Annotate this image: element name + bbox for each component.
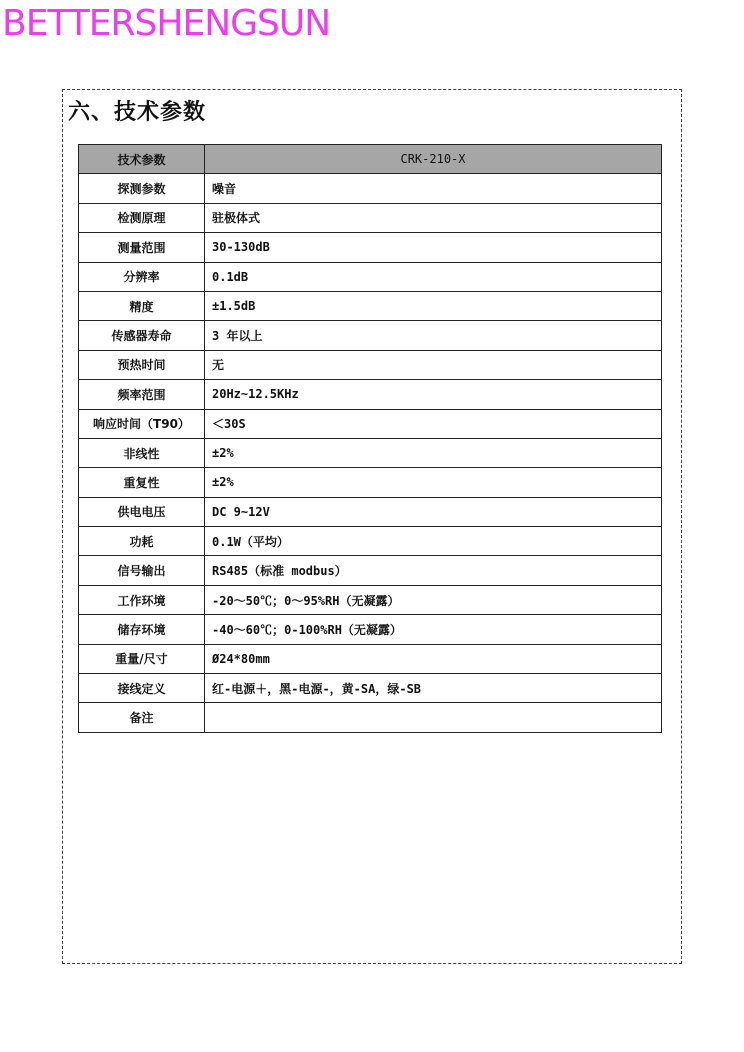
table-row: 备注 xyxy=(79,703,662,732)
row-value xyxy=(205,703,662,732)
row-value: Ø24*80mm xyxy=(205,644,662,673)
table-row: 供电电压 DC 9~12V xyxy=(79,497,662,526)
table-row: 传感器寿命 3 年以上 xyxy=(79,321,662,350)
row-value: 无 xyxy=(205,350,662,379)
row-key: 精度 xyxy=(79,291,205,320)
row-value: 30-130dB xyxy=(205,233,662,262)
table-row: 探测参数 噪音 xyxy=(79,174,662,203)
row-key: 响应时间（T90） xyxy=(79,409,205,438)
row-key: 接线定义 xyxy=(79,674,205,703)
row-key: 频率范围 xyxy=(79,380,205,409)
table-row: 功耗 0.1W（平均） xyxy=(79,527,662,556)
table-row: 重量/尺寸 Ø24*80mm xyxy=(79,644,662,673)
table-row: 响应时间（T90） ＜30S xyxy=(79,409,662,438)
table-row: 预热时间 无 xyxy=(79,350,662,379)
table-row: 储存环境 -40～60℃；0-100%RH（无凝露） xyxy=(79,615,662,644)
table-row: 工作环境 -20～50℃；0～95%RH（无凝露） xyxy=(79,585,662,614)
table-row: 非线性 ±2% xyxy=(79,438,662,467)
table-row: 重复性 ±2% xyxy=(79,468,662,497)
row-key: 信号输出 xyxy=(79,556,205,585)
table-row: 精度 ±1.5dB xyxy=(79,291,662,320)
row-key: 重复性 xyxy=(79,468,205,497)
row-value: 0.1W（平均） xyxy=(205,527,662,556)
row-value: ±2% xyxy=(205,468,662,497)
row-value: RS485（标准 modbus） xyxy=(205,556,662,585)
table-row: 检测原理 驻极体式 xyxy=(79,203,662,232)
section-title: 六、技术参数 xyxy=(68,95,206,126)
row-value: 红-电源＋，黑-电源-，黄-SA，绿-SB xyxy=(205,674,662,703)
table-header-row: 技术参数 CRK-210-X xyxy=(79,145,662,174)
row-key: 重量/尺寸 xyxy=(79,644,205,673)
row-key: 传感器寿命 xyxy=(79,321,205,350)
row-value: 20Hz~12.5KHz xyxy=(205,380,662,409)
spec-table: 技术参数 CRK-210-X 探测参数 噪音 检测原理 驻极体式 测量范围 30… xyxy=(78,144,662,733)
table-row: 接线定义 红-电源＋，黑-电源-，黄-SA，绿-SB xyxy=(79,674,662,703)
brand-watermark: BETTERSHENGSUN xyxy=(2,2,330,46)
row-key: 功耗 xyxy=(79,527,205,556)
row-key: 探测参数 xyxy=(79,174,205,203)
row-key: 储存环境 xyxy=(79,615,205,644)
row-key: 工作环境 xyxy=(79,585,205,614)
row-key: 非线性 xyxy=(79,438,205,467)
row-value: ±1.5dB xyxy=(205,291,662,320)
row-key: 备注 xyxy=(79,703,205,732)
header-key: 技术参数 xyxy=(79,145,205,174)
row-value: -20～50℃；0～95%RH（无凝露） xyxy=(205,585,662,614)
row-value: 噪音 xyxy=(205,174,662,203)
row-key: 分辨率 xyxy=(79,262,205,291)
row-key: 测量范围 xyxy=(79,233,205,262)
row-value: ±2% xyxy=(205,438,662,467)
table-row: 测量范围 30-130dB xyxy=(79,233,662,262)
table-row: 频率范围 20Hz~12.5KHz xyxy=(79,380,662,409)
row-value: 驻极体式 xyxy=(205,203,662,232)
row-key: 预热时间 xyxy=(79,350,205,379)
header-model: CRK-210-X xyxy=(205,145,662,174)
table-row: 信号输出 RS485（标准 modbus） xyxy=(79,556,662,585)
row-value: 0.1dB xyxy=(205,262,662,291)
row-value: ＜30S xyxy=(205,409,662,438)
row-value: 3 年以上 xyxy=(205,321,662,350)
table-row: 分辨率 0.1dB xyxy=(79,262,662,291)
row-value: -40～60℃；0-100%RH（无凝露） xyxy=(205,615,662,644)
row-value: DC 9~12V xyxy=(205,497,662,526)
row-key: 检测原理 xyxy=(79,203,205,232)
row-key: 供电电压 xyxy=(79,497,205,526)
